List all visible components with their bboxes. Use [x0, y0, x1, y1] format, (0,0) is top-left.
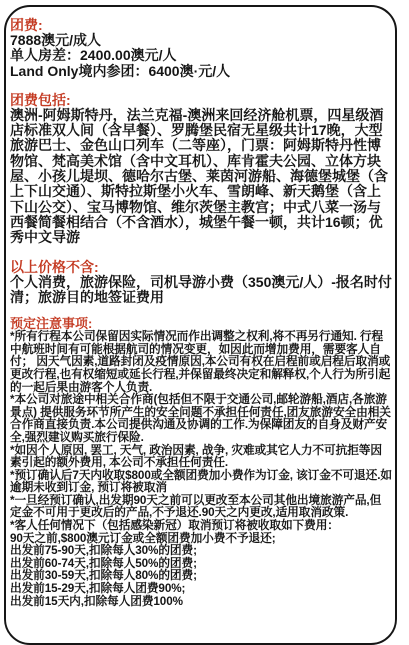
includes-section: 团费包括: 澳洲-阿姆斯特丹，法兰克福-澳洲来回经济舱机票，四星级酒店标准双人间…: [10, 92, 392, 246]
notice-item-cancellation-intro: *客人任何情况下（包括感染新冠）取消预订将被收取如下费用：: [10, 520, 392, 533]
notice-item-itinerary-changes: *所有行程本公司保留因实际情况而作出调整之权利,将不再另行通知. 行程中航班时间…: [10, 331, 392, 394]
notice-item-force-majeure: *如因个人原因, 罢工, 天气, 政治因素, 战争, 灾难或其它人力不可抗拒等因…: [10, 445, 392, 470]
fees-heading: 团费:: [10, 17, 392, 33]
includes-heading: 团费包括:: [10, 92, 392, 108]
booking-notice-section: 预定注意事项: *所有行程本公司保留因实际情况而作出调整之权利,将不再另行通知.…: [10, 316, 392, 583]
notice-item-liability: *本公司对旅途中相关合作商(包括但不限于交通公司,邮轮游船,酒店,各旅游景点) …: [10, 394, 392, 444]
tour-terms-card: 团费: 7888澳元/成人 单人房差：2400.00澳元/人 Land Only…: [4, 5, 397, 583]
excludes-heading: 以上价格不含:: [10, 259, 392, 275]
fee-land-only: Land Only境内参团：6400澳·元/人: [10, 64, 392, 79]
fees-section: 团费: 7888澳元/成人 单人房差：2400.00澳元/人 Land Only…: [10, 17, 392, 79]
fee-single-supplement: 单人房差：2400.00澳元/人: [10, 48, 392, 63]
excludes-section: 以上价格不含: 个人消费，旅游保险，司机导游小费（350澳元/人）-报名时付清；…: [10, 259, 392, 306]
excludes-body: 个人消费，旅游保险，司机导游小费（350澳元/人）-报名时付清；旅游目的地签证费…: [10, 275, 392, 306]
notice-item-cancel-75-90: 出发前75-90天,扣除每人30%的团费;: [10, 545, 392, 558]
booking-notice-heading: 预定注意事项:: [10, 316, 392, 331]
fee-adult-price: 7888澳元/成人: [10, 33, 392, 48]
notice-item-deposit: *预订确认后7天内收取$800或全额团费加小费作为订金, 该订金不可退还.如逾期…: [10, 470, 392, 495]
includes-body: 澳洲-阿姆斯特丹，法兰克福-澳洲来回经济舱机票，四星级酒店标准双人间（含早餐）、…: [10, 108, 392, 246]
notice-item-change-policy: *一旦经预订确认,出发期90天之前可以更改至本公司其他出境旅游产品,但定金不可用…: [10, 495, 392, 520]
